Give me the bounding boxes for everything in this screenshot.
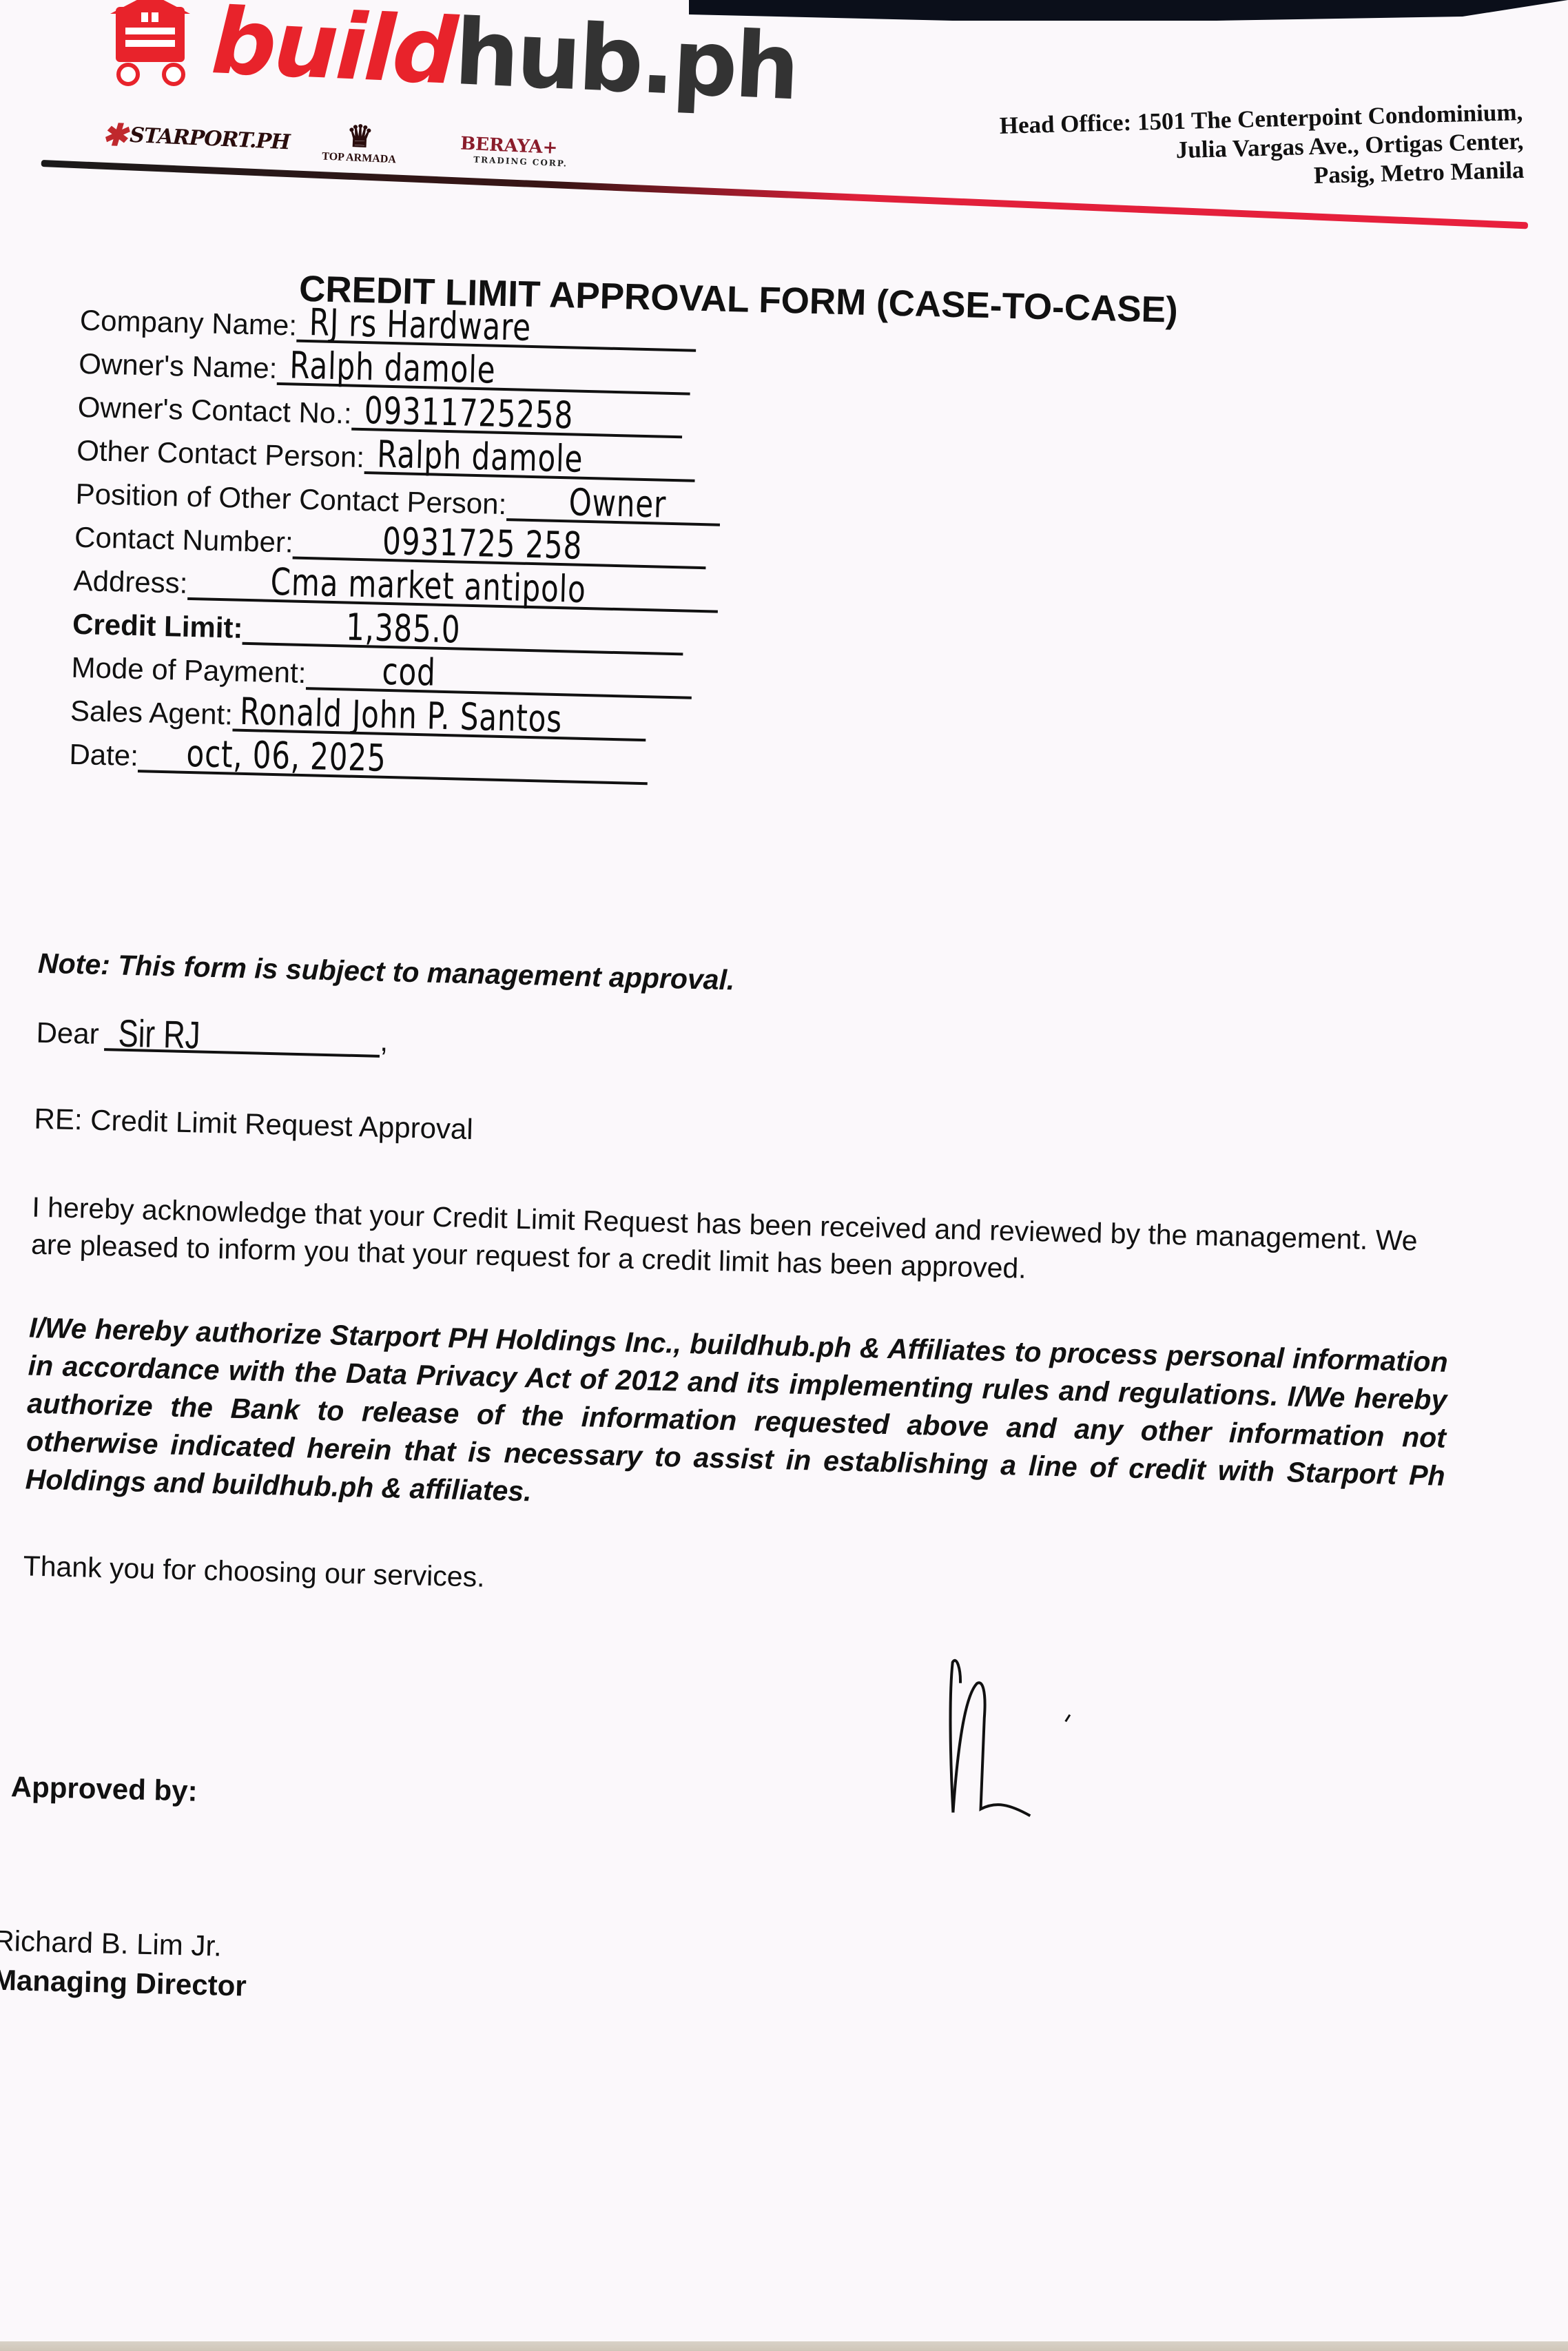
owner-name-value[interactable]: Ralph damole xyxy=(289,343,496,391)
affiliate-starport: ✱STARPORT.PH xyxy=(101,117,290,161)
authorization-paragraph: I/We hereby authorize Starport PH Holdin… xyxy=(25,1309,1448,1533)
address-value[interactable]: Cma market antipolo xyxy=(270,560,586,611)
mode-of-payment-value[interactable]: cod xyxy=(382,650,437,695)
salutation: DearSir RJ, xyxy=(36,1016,389,1058)
subject-line: RE: Credit Limit Request Approval xyxy=(34,1102,473,1147)
owner-contact-value[interactable]: 09311725258 xyxy=(364,389,574,437)
brand-logo: buildhub.ph xyxy=(209,0,799,113)
credit-limit-value[interactable]: 1,385.0 xyxy=(346,605,462,651)
background-edge xyxy=(689,0,1568,21)
thank-you-line: Thank you for choosing our services. xyxy=(23,1550,485,1593)
sales-agent-value[interactable]: Ronald John P. Santos xyxy=(239,690,562,741)
signer-block: Richard B. Lim Jr. Managing Director xyxy=(0,1922,248,2006)
company-name-value[interactable]: RJ rs Hardware xyxy=(309,300,531,349)
signature-icon xyxy=(933,1655,1144,1825)
approval-note: Note: This form is subject to management… xyxy=(38,947,735,997)
approved-by-label: Approved by: xyxy=(10,1770,198,1808)
position-value[interactable]: Owner xyxy=(568,480,667,526)
head-office-address: Head Office: 1501 The Centerpoint Condom… xyxy=(1000,98,1525,198)
contact-number-value[interactable]: 0931725 258 xyxy=(382,520,583,568)
background-edge-bottom xyxy=(0,2341,1568,2351)
brand-part-hub: hub.ph xyxy=(453,0,800,121)
cart-logo-icon xyxy=(103,0,207,90)
form-fields: Company Name:RJ rs Hardware Owner's Name… xyxy=(69,304,725,797)
signer-role: Managing Director xyxy=(0,1960,247,2006)
beraya-plus-icon: + xyxy=(542,137,558,158)
starport-star-icon: ✱ xyxy=(101,117,127,154)
acknowledgement-paragraph: I hereby acknowledge that your Credit Li… xyxy=(30,1189,1451,1298)
date-value[interactable]: oct, 06, 2025 xyxy=(186,732,386,780)
affiliate-beraya: BERAYA+ TRADING CORP. xyxy=(460,134,569,169)
form-document: CREDIT LIMIT APPROVAL FORM (CASE-TO-CASE… xyxy=(55,262,1487,297)
signer-name: Richard B. Lim Jr. xyxy=(0,1922,248,1967)
other-contact-person-value[interactable]: Ralph damole xyxy=(376,433,583,481)
crown-icon: ♛ xyxy=(322,121,398,154)
brand-part-build: build xyxy=(209,0,457,105)
salutation-value[interactable]: Sir RJ xyxy=(118,1011,200,1058)
affiliate-top-armada: ♛ TOP ARMADA xyxy=(322,121,398,167)
